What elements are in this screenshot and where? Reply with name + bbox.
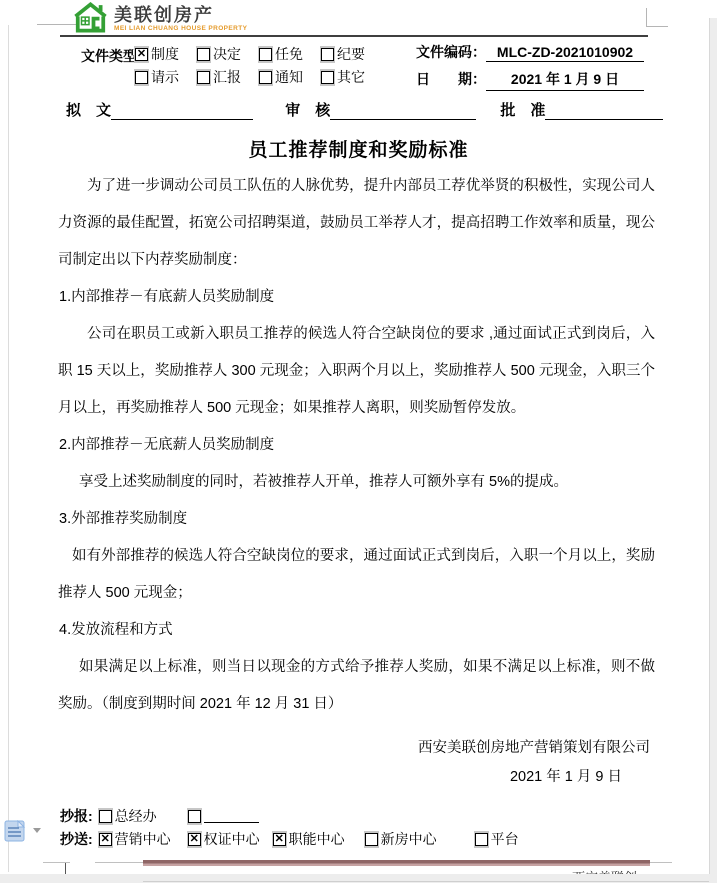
- checkbox-label: 请示: [151, 67, 179, 87]
- checkbox-label: 任免: [275, 44, 303, 64]
- checkbox-item: 通知: [258, 67, 303, 87]
- brand-name: 美联创房产: [114, 5, 247, 25]
- cc-send-label: 抄送:: [60, 829, 93, 849]
- checkbox-item: 其它: [320, 67, 365, 87]
- checkbox-checked[interactable]: [187, 831, 202, 848]
- house-logo-icon: [74, 2, 107, 38]
- checkbox-unchecked[interactable]: [196, 46, 211, 63]
- blank-underline: [204, 809, 259, 823]
- checkbox-unchecked[interactable]: [98, 808, 113, 825]
- checkbox-checked[interactable]: [272, 831, 287, 848]
- footer-margin-line-left: [95, 862, 143, 863]
- checkbox-unchecked[interactable]: [320, 46, 335, 63]
- paragraph: 如果满足以上标准，则当日以现金的方式给予推荐人奖励，如果不满足以上标准，则不做奖…: [58, 649, 655, 723]
- draft-label: 拟 文: [66, 102, 111, 119]
- header-divider: [60, 35, 648, 37]
- approve-signature-line: [545, 104, 663, 120]
- checkbox-item: 请示: [134, 67, 179, 87]
- checkbox-label: 决定: [213, 44, 241, 64]
- checkbox-item: 营销中心: [98, 829, 187, 849]
- checkbox-item: 总经办: [98, 806, 187, 826]
- signature-date: 2021 年 1 月 9 日: [510, 765, 622, 786]
- checkbox-unchecked[interactable]: [258, 46, 273, 63]
- checkbox-checked[interactable]: [134, 46, 149, 63]
- document-page: 美联创房产 MEI LIAN CHUANG HOUSE PROPERTY 文件类…: [0, 0, 717, 883]
- checkbox-label: 其它: [337, 67, 365, 87]
- checkbox-label: 通知: [275, 67, 303, 87]
- company-signature: 西安美联创房地产营销策划有限公司: [418, 736, 650, 757]
- document-title: 员工推荐制度和奖励标准: [0, 135, 717, 162]
- checkbox-label: 制度: [151, 44, 179, 64]
- doc-type-row-1: 制度决定任免纪要: [134, 44, 365, 64]
- date-label: 日 期：: [416, 71, 486, 87]
- checkbox-item: 纪要: [320, 44, 365, 64]
- checkbox-label: 总经办: [115, 806, 157, 826]
- checkbox-unchecked[interactable]: [196, 69, 211, 86]
- checkbox-unchecked[interactable]: [364, 831, 379, 848]
- doc-type-row-2: 请示汇报通知其它: [134, 67, 365, 87]
- draft-signature-line: [111, 104, 253, 120]
- cc-send-items: 营销中心权证中心职能中心新房中心平台: [98, 829, 519, 849]
- checkbox-label: 平台: [491, 829, 519, 849]
- doc-code-value: MLC-ZD-2021010902: [486, 44, 644, 62]
- footer-margin-line-right: [650, 862, 672, 863]
- review-signature-line: [330, 104, 476, 120]
- checkbox-unchecked[interactable]: [258, 69, 273, 86]
- company-logo: 美联创房产 MEI LIAN CHUANG HOUSE PROPERTY: [74, 2, 247, 38]
- review-label: 审 核: [285, 102, 330, 119]
- checkbox-item: 任免: [258, 44, 303, 64]
- cc-report-items: 总经办: [98, 806, 259, 826]
- crop-mark-top-left: [37, 24, 76, 25]
- section-heading: 1.内部推荐－有底薪人员奖励制度: [58, 279, 655, 316]
- cc-report-row: 抄报: 总经办: [60, 806, 259, 826]
- section-heading: 2.内部推荐－无底薪人员奖励制度: [58, 427, 655, 464]
- crop-mark-top-right-v: [646, 8, 647, 26]
- checkbox-item: 汇报: [196, 67, 241, 87]
- cc-report-label: 抄报:: [60, 806, 93, 826]
- doc-code-label: 文件编码：: [416, 44, 486, 60]
- checkbox-item: 职能中心: [272, 829, 364, 849]
- paragraph: 享受上述奖励制度的同时，若被推荐人开单，推荐人可额外享有 5%的提成。: [58, 464, 655, 501]
- checkbox-label: 新房中心: [381, 829, 437, 849]
- date-row: 日 期：2021 年 1 月 9 日: [416, 69, 644, 91]
- checkbox-item: 平台: [474, 829, 519, 849]
- footer-overlay: [143, 866, 709, 881]
- checkbox-unchecked[interactable]: [187, 808, 202, 825]
- checkbox-unchecked[interactable]: [320, 69, 335, 86]
- checkbox-item: 权证中心: [187, 829, 272, 849]
- checkbox-unchecked[interactable]: [474, 831, 489, 848]
- checkbox-unchecked[interactable]: [134, 69, 149, 86]
- signoff-row: 拟 文 审 核 批 准: [66, 99, 663, 120]
- date-value: 2021 年 1 月 9 日: [486, 69, 644, 91]
- checkbox-label: 纪要: [337, 44, 365, 64]
- body-content: 为了进一步调动公司员工队伍的人脉优势，提升内部员工荐优举贤的积极性，实现公司人力…: [58, 168, 655, 723]
- crop-mark-top-right-h: [646, 26, 668, 27]
- checkbox-item: 制度: [134, 44, 179, 64]
- section-heading: 4.发放流程和方式: [58, 612, 655, 649]
- checkbox-item: [187, 806, 259, 826]
- brand-subtitle: MEI LIAN CHUANG HOUSE PROPERTY: [114, 25, 247, 33]
- footer-bottom-rule: [143, 881, 709, 882]
- paragraph: 公司在职员工或新入职员工推荐的候选人符合空缺岗位的要求 ,通过面试正式到岗后，入…: [58, 316, 655, 427]
- checkbox-item: 决定: [196, 44, 241, 64]
- checkbox-label: 营销中心: [115, 829, 171, 849]
- cc-send-row: 抄送: 营销中心权证中心职能中心新房中心平台: [60, 829, 519, 849]
- checkbox-label: 权证中心: [204, 829, 260, 849]
- paragraph: 如有外部推荐的候选人符合空缺岗位的要求，通过面试正式到岗后，入职一个月以上，奖励…: [58, 538, 655, 612]
- approve-label: 批 准: [500, 102, 545, 119]
- checkbox-checked[interactable]: [98, 831, 113, 848]
- section-heading: 3.外部推荐奖励制度: [58, 501, 655, 538]
- dropdown-arrow-icon[interactable]: [33, 828, 41, 833]
- checkbox-label: 汇报: [213, 67, 241, 87]
- doc-code-row: 文件编码：MLC-ZD-2021010902: [416, 42, 644, 62]
- paragraph: 为了进一步调动公司员工队伍的人脉优势，提升内部员工荐优举贤的积极性，实现公司人力…: [58, 168, 655, 279]
- checkbox-label: 职能中心: [289, 829, 345, 849]
- checkbox-item: 新房中心: [364, 829, 474, 849]
- margin-document-icon[interactable]: [4, 820, 28, 847]
